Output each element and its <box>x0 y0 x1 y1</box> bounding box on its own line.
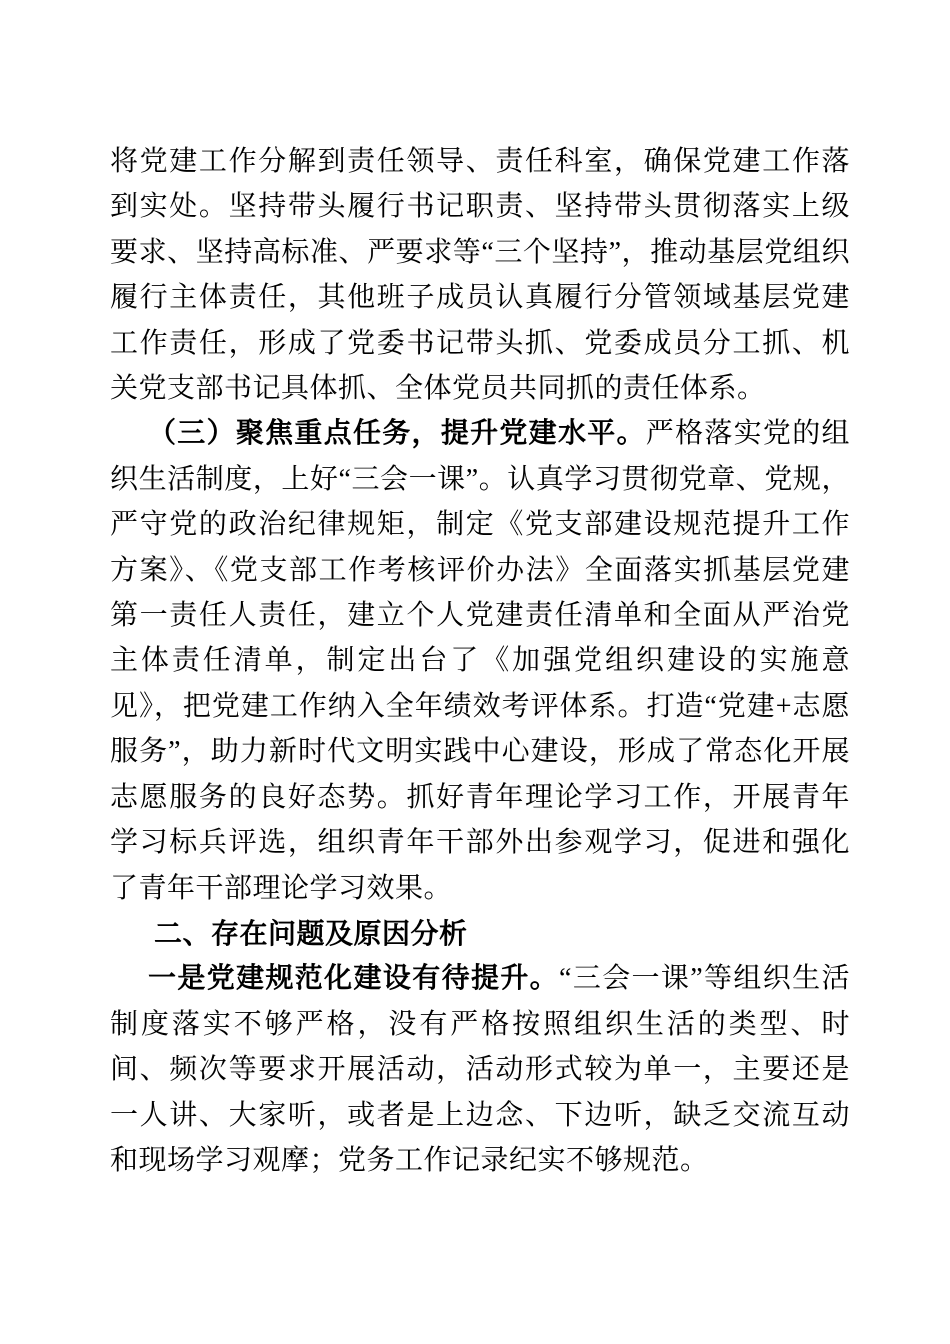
paragraph-lead-bold: （三）聚焦重点任务，提升党建水平。 <box>148 418 646 449</box>
paragraph-lead-bold: 一是党建规范化建设有待提升。 <box>148 963 559 994</box>
paragraph-text: “三会一课”等组织生活制度落实不够严格，没有严格按照组织生活的类型、时间、频次等… <box>110 963 850 1176</box>
section-heading-text: 二、存在问题及原因分析 <box>154 918 468 949</box>
document-content: 将党建工作分解到责任领导、责任科室，确保党建工作落到实处。坚持带头履行书记职责、… <box>110 139 850 1183</box>
paragraph-section-3: （三）聚焦重点任务，提升党建水平。严格落实党的组织生活制度，上好“三会一课”。认… <box>110 411 850 910</box>
section-heading: 二、存在问题及原因分析 <box>110 911 850 956</box>
paragraph-continuation: 将党建工作分解到责任领导、责任科室，确保党建工作落到实处。坚持带头履行书记职责、… <box>110 139 850 411</box>
paragraph-text: 严格落实党的组织生活制度，上好“三会一课”。认真学习贯彻党章、党规，严守党的政治… <box>110 418 850 903</box>
document-page: 将党建工作分解到责任领导、责任科室，确保党建工作落到实处。坚持带头履行书记职责、… <box>0 0 950 1344</box>
paragraph-problem-1: 一是党建规范化建设有待提升。“三会一课”等组织生活制度落实不够严格，没有严格按照… <box>110 956 850 1183</box>
paragraph-text: 将党建工作分解到责任领导、责任科室，确保党建工作落到实处。坚持带头履行书记职责、… <box>110 146 850 404</box>
